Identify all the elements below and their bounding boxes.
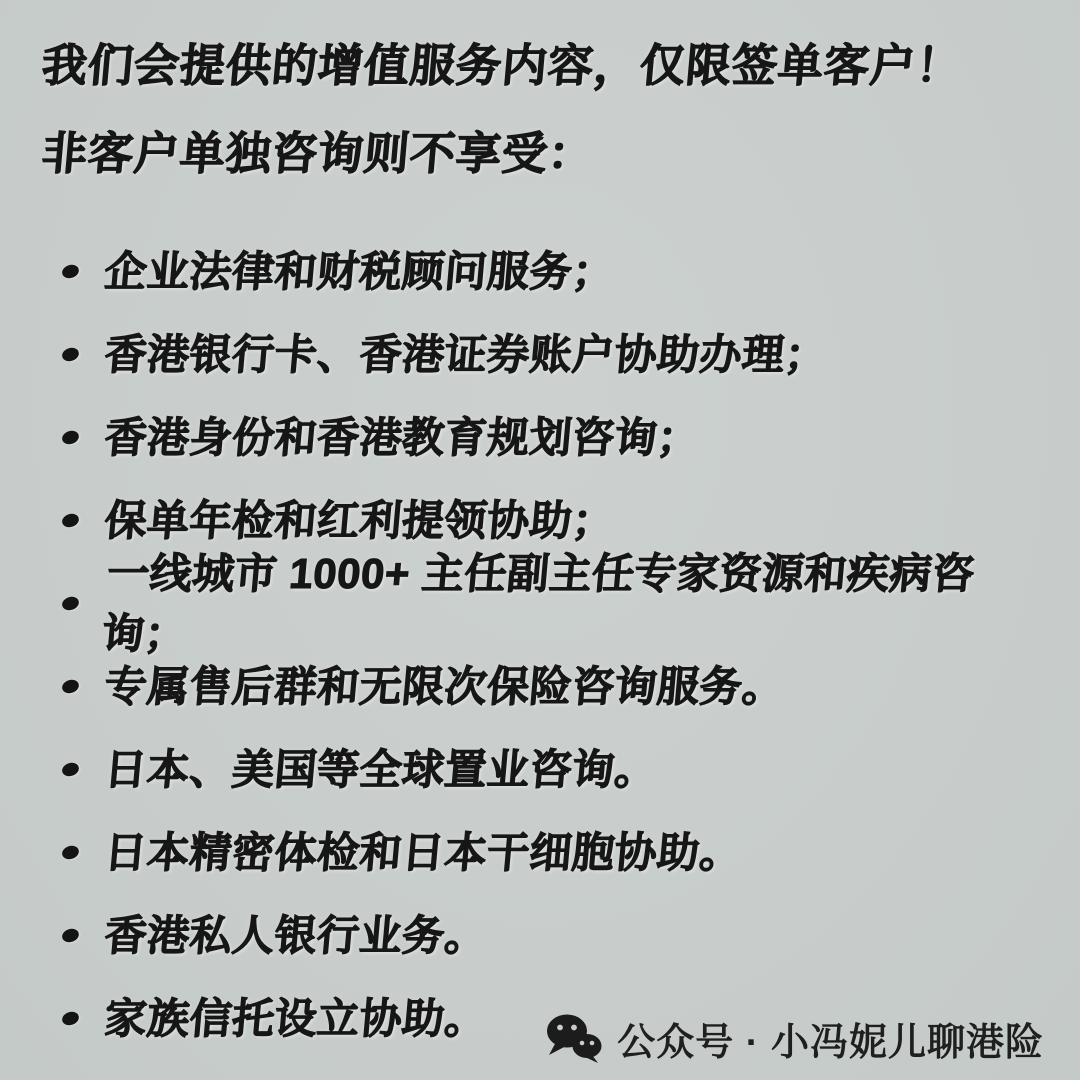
list-item: 香港私人银行业务。 xyxy=(42,908,1050,958)
page-title-text: 我们会提供的增值服务内容，仅限签单客户！ xyxy=(40,40,965,92)
list-item: 日本、美国等全球置业咨询。 xyxy=(42,742,1050,792)
bullet-icon xyxy=(60,594,80,612)
bullet-icon xyxy=(60,428,80,446)
list-item: 保单年检和红利提领协助； xyxy=(42,493,1050,543)
watermark-label: 公众号 · 小冯妮儿聊港险 xyxy=(617,1011,1044,1066)
list-item-label: 家族信托设立协助。 xyxy=(102,986,490,1046)
bullet-icon xyxy=(60,1009,80,1027)
bullet-icon xyxy=(60,677,80,695)
bullet-icon xyxy=(60,926,80,944)
services-list: 企业法律和财税顾问服务； 香港银行卡、香港证券账户协助办理； 香港身份和香港教育… xyxy=(42,244,1050,1041)
list-item-label: 专属售后群和无限次保险咨询服务。 xyxy=(102,654,787,714)
bullet-icon xyxy=(60,262,80,280)
list-item: 日本精密体检和日本干细胞协助。 xyxy=(42,825,1050,875)
list-item-label: 香港私人银行业务。 xyxy=(102,903,490,963)
bullet-icon xyxy=(60,843,80,861)
page-title: 我们会提供的增值服务内容，仅限签单客户！ xyxy=(42,40,1050,92)
list-item-label: 一线城市 1000+ 主任副主任专家资源和疾病咨询； xyxy=(100,541,1055,661)
list-item-label: 香港身份和香港教育规划咨询； xyxy=(102,405,702,465)
poster: 我们会提供的增值服务内容，仅限签单客户！ 非客户单独咨询则不享受： 企业法律和财… xyxy=(0,0,1080,1080)
list-item-label: 日本、美国等全球置业咨询。 xyxy=(102,737,660,797)
bullet-icon xyxy=(60,760,80,778)
poster-content: 我们会提供的增值服务内容，仅限签单客户！ 非客户单独咨询则不享受： 企业法律和财… xyxy=(0,0,1080,1041)
bullet-icon xyxy=(60,345,80,363)
list-item: 企业法律和财税顾问服务； xyxy=(42,244,1050,294)
wechat-icon xyxy=(545,1013,603,1065)
list-item-label: 日本精密体检和日本干细胞协助。 xyxy=(102,820,745,880)
watermark: 公众号 · 小冯妮儿聊港险 xyxy=(545,1011,1044,1066)
list-item-label: 香港银行卡、香港证券账户协助办理； xyxy=(102,322,830,382)
list-item: 专属售后群和无限次保险咨询服务。 xyxy=(42,659,1050,709)
bullet-icon xyxy=(60,511,80,529)
list-item-label: 保单年检和红利提领协助； xyxy=(102,488,617,548)
list-item: 香港身份和香港教育规划咨询； xyxy=(42,410,1050,460)
list-item-label: 企业法律和财税顾问服务； xyxy=(102,239,617,299)
list-item: 一线城市 1000+ 主任副主任专家资源和疾病咨询； xyxy=(42,576,1050,626)
list-item: 香港银行卡、香港证券账户协助办理； xyxy=(42,327,1050,377)
page-subtitle-text: 非客户单独咨询则不享受： xyxy=(40,128,597,180)
page-subtitle: 非客户单独咨询则不享受： xyxy=(42,128,1050,180)
